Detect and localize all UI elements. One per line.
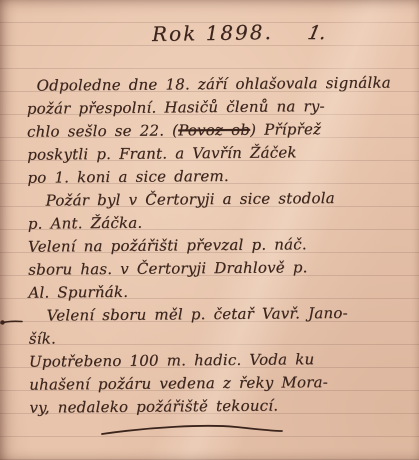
struck-text-segment: Povoz ob [178, 121, 250, 140]
text-segment: ) Přípřež [250, 120, 321, 139]
text-line: poskytli p. Frant. a Vavřín Žáček [27, 140, 414, 166]
text-line: Velení na požářišti převzal p. náč. [28, 232, 415, 258]
text-segment: chlo sešlo se 22. ( [27, 121, 178, 140]
manuscript-page: Rok 1898. 1. Odpoledne dne 18. září ohla… [0, 0, 419, 460]
text-line: Požár byl v Čertoryji a sice stodola [28, 186, 415, 212]
text-line: vy, nedaleko požářiště tekoucí. [29, 393, 416, 419]
text-line: uhašení požáru vedena z řeky Mora- [29, 370, 416, 396]
section-divider-flourish [96, 419, 291, 439]
page-number: 1. [306, 22, 329, 44]
text-line: po 1. koni a sice darem. [27, 163, 414, 189]
page-title: Rok 1898. [152, 20, 273, 46]
manuscript-body: Odpoledne dne 18. září ohlašovala signál… [27, 71, 417, 419]
text-line-with-strikethrough: chlo sešlo se 22. (Povoz ob) Přípřež [27, 117, 414, 143]
text-line: šík. [29, 324, 416, 350]
text-line: p. Ant. Žáčka. [28, 209, 415, 235]
page-header: Rok 1898. 1. [0, 21, 419, 47]
text-line: Al. Spurňák. [28, 278, 415, 304]
text-line: sboru has. v Čertoryji Drahlově p. [28, 255, 415, 281]
text-line: požár přespolní. Hasičů členů na ry- [27, 94, 414, 120]
margin-ink-mark [0, 315, 26, 329]
text-line: Odpoledne dne 18. září ohlašovala signál… [27, 71, 414, 97]
text-line: Velení sboru měl p. četař Vavř. Jano- [29, 301, 416, 327]
text-line: Upotřebeno 100 m. hadic. Voda ku [29, 347, 416, 373]
